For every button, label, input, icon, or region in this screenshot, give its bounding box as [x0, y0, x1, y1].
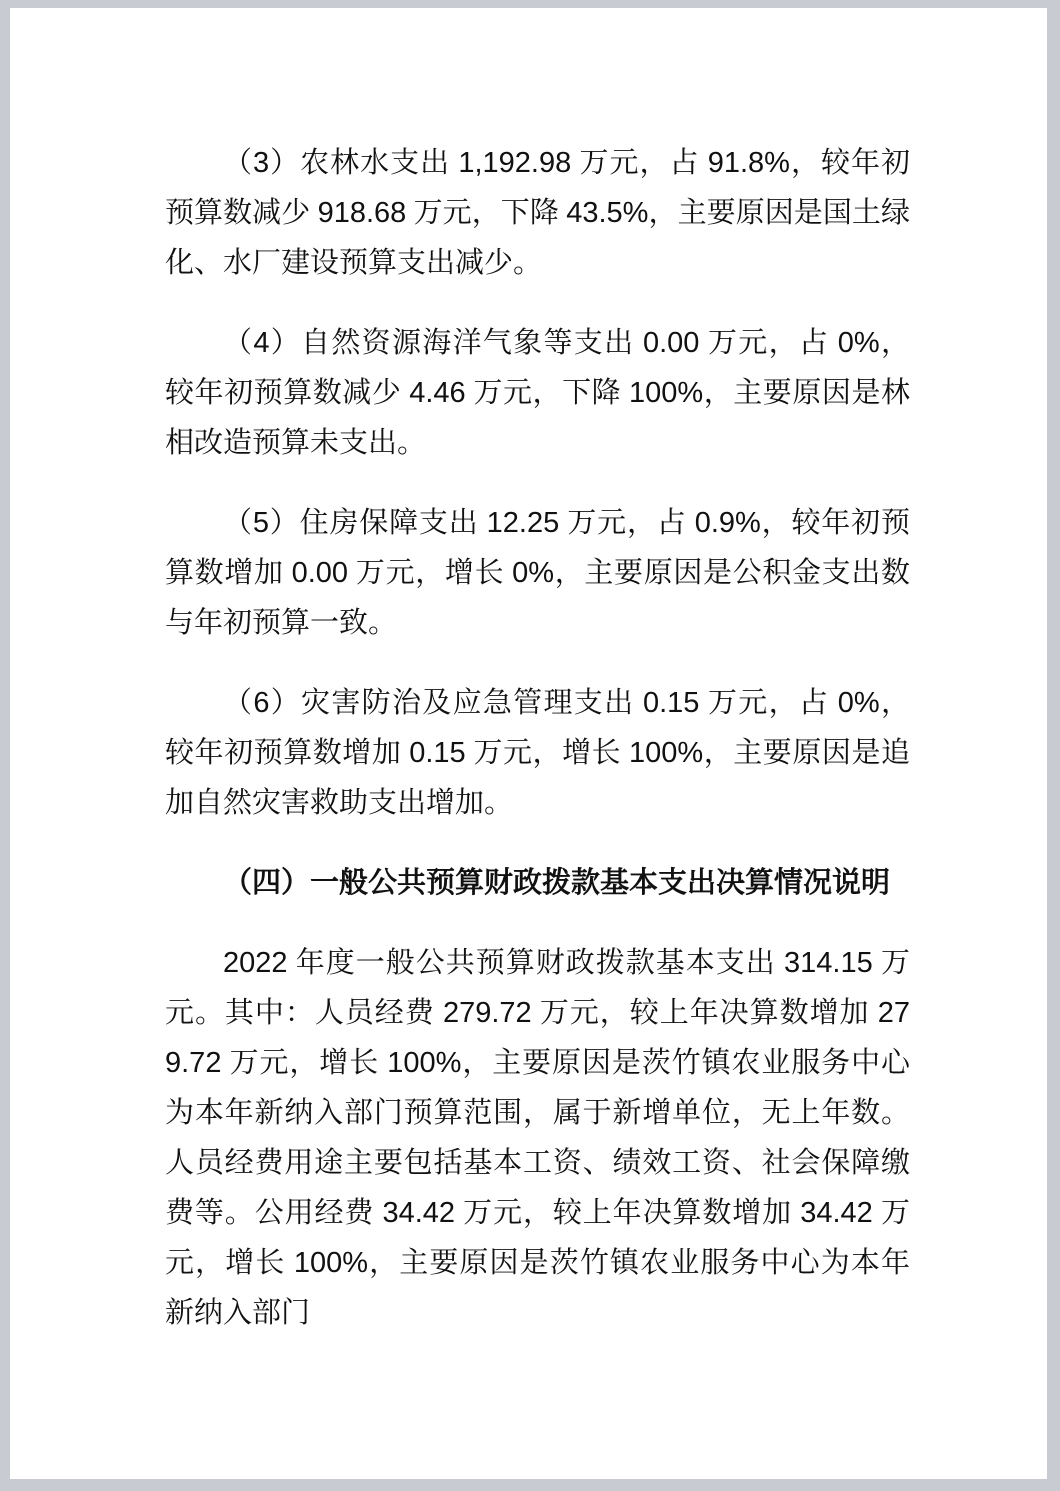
numeric-value: 0% [838, 327, 880, 359]
numeric-value: 4.46 [409, 377, 465, 409]
numeric-value: 12.25 [487, 507, 560, 539]
numeric-value: 279.72 [443, 997, 532, 1029]
numeric-value: 314.15 [784, 947, 873, 979]
numeric-value: 5 [253, 507, 269, 539]
document-content: （3）农林水支出 1,192.98 万元，占 91.8%，较年初预算数减少 91… [165, 138, 910, 1368]
numeric-value: 6 [253, 687, 269, 719]
numeric-value: 0.9% [695, 507, 761, 539]
numeric-value: 0.00 [643, 327, 699, 359]
numeric-value: 918.68 [318, 197, 407, 229]
numeric-value: 0.00 [292, 557, 348, 589]
numeric-value: 1,192.98 [458, 147, 571, 179]
numeric-value: 34.42 [382, 1197, 455, 1229]
numeric-value: 0.15 [643, 687, 699, 719]
numeric-value: 100% [629, 737, 703, 769]
paragraph: （5）住房保障支出 12.25 万元，占 0.9%，较年初预算数增加 0.00 … [165, 498, 910, 648]
numeric-value: 279.72 [165, 997, 910, 1079]
numeric-value: 100% [387, 1047, 461, 1079]
paragraph: 2022 年度一般公共预算财政拨款基本支出 314.15 万元。其中：人员经费 … [165, 938, 910, 1338]
numeric-value: 0% [512, 557, 554, 589]
paragraph: （6）灾害防治及应急管理支出 0.15 万元，占 0%，较年初预算数增加 0.1… [165, 678, 910, 828]
numeric-value: 3 [253, 147, 269, 179]
numeric-value: 43.5% [566, 197, 648, 229]
numeric-value: 0.15 [409, 737, 465, 769]
numeric-value: 100% [629, 377, 703, 409]
document-page: （3）农林水支出 1,192.98 万元，占 91.8%，较年初预算数减少 91… [10, 8, 1047, 1479]
numeric-value: 100% [294, 1247, 368, 1279]
paragraph: （3）农林水支出 1,192.98 万元，占 91.8%，较年初预算数减少 91… [165, 138, 910, 288]
viewer-background: { "document": { "blocks": [ { "style": "… [0, 0, 1060, 1491]
numeric-value: 4 [253, 327, 269, 359]
numeric-value: 2022 [223, 947, 288, 979]
section-heading: （四）一般公共预算财政拨款基本支出决算情况说明 [165, 858, 910, 908]
numeric-value: 34.42 [800, 1197, 873, 1229]
paragraph: （4）自然资源海洋气象等支出 0.00 万元，占 0%，较年初预算数减少 4.4… [165, 318, 910, 468]
numeric-value: 0% [838, 687, 880, 719]
numeric-value: 91.8% [708, 147, 790, 179]
